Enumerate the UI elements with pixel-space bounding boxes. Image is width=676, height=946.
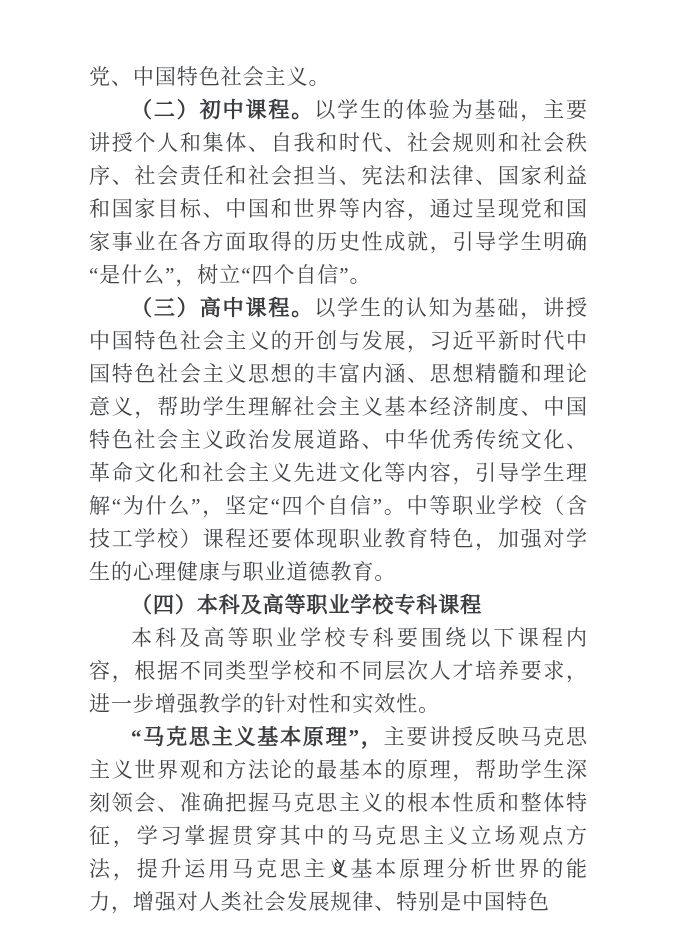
text-run: 以学生的体验为基础，主要讲授个人和集体、自我和时代、社会规则和社会秩序、社会责任… (89, 98, 588, 287)
paragraph: 党、中国特色社会主义。 (89, 61, 588, 94)
footer-right-dash: — (342, 858, 377, 877)
bold-text-run: （二）初中课程。 (131, 98, 314, 122)
page-number: 8 (334, 858, 343, 877)
document-page: 党、中国特色社会主义。（二）初中课程。以学生的体验为基础，主要讲授个人和集体、自… (0, 0, 676, 946)
paragraph: （三）高中课程。以学生的认知为基础，讲授中国特色社会主义的开创与发展，习近平新时… (89, 292, 588, 589)
footer-left-dash: — (299, 858, 334, 877)
bold-text-run: （三）高中课程。 (131, 296, 314, 320)
text-run: 本科及高等职业学校专科要围绕以下课程内容，根据不同类型学校和不同层次人才培养要求… (89, 626, 588, 716)
text-run: 主要讲授反映马克思主义世界观和方法论的最基本的原理，帮助学生深刻领会、准确把握马… (89, 725, 588, 914)
paragraph: “马克思主义基本原理”，主要讲授反映马克思主义世界观和方法论的最基本的原理，帮助… (89, 721, 588, 919)
paragraph: （四）本科及高等职业学校专科课程 (89, 589, 588, 622)
text-run: 党、中国特色社会主义。 (89, 65, 330, 89)
bold-text-run: （四）本科及高等职业学校专科课程 (131, 593, 482, 617)
text-run: 以学生的认知为基础，讲授中国特色社会主义的开创与发展，习近平新时代中国特色社会主… (89, 296, 588, 584)
bold-text-run: “马克思主义基本原理”， (131, 725, 384, 749)
paragraph: （二）初中课程。以学生的体验为基础，主要讲授个人和集体、自我和时代、社会规则和社… (89, 94, 588, 292)
document-body: 党、中国特色社会主义。（二）初中课程。以学生的体验为基础，主要讲授个人和集体、自… (89, 61, 588, 919)
page-footer: —8— (0, 855, 676, 881)
paragraph: 本科及高等职业学校专科要围绕以下课程内容，根据不同类型学校和不同层次人才培养要求… (89, 622, 588, 721)
